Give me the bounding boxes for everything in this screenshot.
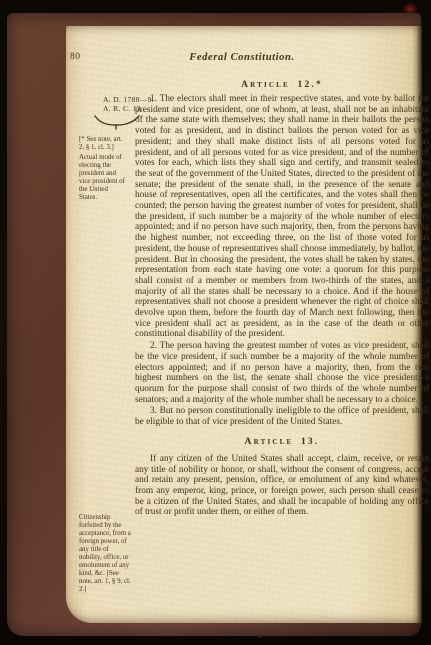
article-13-heading: Article 13. [135, 437, 429, 447]
article-12-paragraph-3: 3. But no person constitutionally inelig… [135, 406, 429, 427]
ink-speck [258, 635, 262, 638]
running-header: Federal Constitution. [68, 52, 416, 63]
page-header: 80 Federal Constitution. [68, 52, 416, 65]
article-12-paragraph-2: 2. The person having the greatest number… [135, 341, 429, 405]
main-text-column: Article 12.* 1. The electors shall meet … [135, 80, 429, 519]
article-12-heading: Article 12.* [135, 80, 429, 90]
margin-date-block: A. D. 1788—9. A. R. C. 13. [103, 96, 127, 113]
book-page: 80 Federal Constitution. A. D. 1788—9. A… [66, 26, 422, 623]
book-photo: 80 Federal Constitution. A. D. 1788—9. A… [0, 0, 431, 645]
margin-notes-column: A. D. 1788—9. A. R. C. 13. [* See note, … [79, 96, 127, 204]
article12-margin-note: Actual mode of electing the president an… [79, 154, 127, 202]
margin-date-line2: A. R. C. 13. [103, 105, 127, 114]
article13-margin-note: Citizenship forfeited by the acceptance,… [79, 514, 131, 594]
article-12-paragraph-1: 1. The electors shall meet in their resp… [135, 94, 429, 340]
page-right-curve [412, 26, 422, 623]
underbrace-icon [93, 114, 141, 130]
footnote-reference: [* See note, art. 2, § 1, cl. 3.] [79, 136, 127, 152]
article-13-paragraph: If any citizen of the United States shal… [135, 454, 429, 518]
page-content: 80 Federal Constitution. A. D. 1788—9. A… [68, 52, 416, 65]
